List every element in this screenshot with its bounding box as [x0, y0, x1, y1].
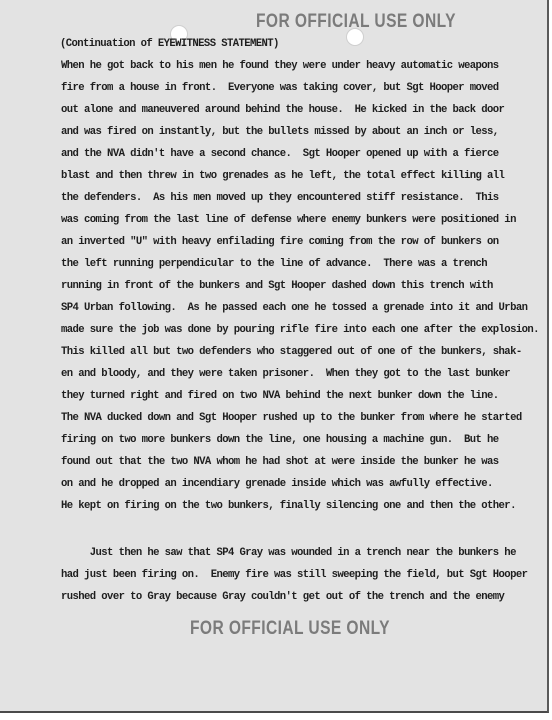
- text-line: fire from a house in front. Everyone was…: [61, 82, 499, 94]
- text-line: firing on two more bunkers down the line…: [61, 434, 499, 446]
- text-line: the left running perpendicular to the li…: [61, 258, 487, 270]
- text-line: and was fired on instantly, but the bull…: [61, 126, 499, 138]
- classification-stamp-bottom: FOR OFFICIAL USE ONLY: [190, 618, 390, 640]
- document-page: FOR OFFICIAL USE ONLY (Continuation of E…: [0, 0, 549, 713]
- text-line: running in front of the bunkers and Sgt …: [61, 280, 493, 292]
- text-line: rushed over to Gray because Gray couldn'…: [61, 591, 504, 603]
- text-line: the defenders. As his men moved up they …: [61, 192, 499, 204]
- text-line: This killed all but two defenders who st…: [61, 346, 522, 358]
- text-line: and the NVA didn't have a second chance.…: [61, 148, 499, 160]
- text-line: was coming from the last line of defense…: [61, 214, 516, 226]
- text-line: found out that the two NVA whom he had s…: [61, 456, 499, 468]
- text-line: made sure the job was done by pouring ri…: [61, 324, 539, 336]
- text-line: The NVA ducked down and Sgt Hooper rushe…: [61, 412, 522, 424]
- text-line: Just then he saw that SP4 Gray was wound…: [61, 547, 516, 559]
- text-line: en and bloody, and they were taken priso…: [61, 368, 510, 380]
- text-line: When he got back to his men he found the…: [61, 60, 499, 72]
- text-line: an inverted "U" with heavy enfilading fi…: [61, 236, 499, 248]
- text-line: blast and then threw in two grenades as …: [61, 170, 504, 182]
- text-line: they turned right and fired on two NVA b…: [61, 390, 499, 402]
- text-line: SP4 Urban following. As he passed each o…: [61, 302, 527, 314]
- text-line: had just been firing on. Enemy fire was …: [61, 569, 527, 581]
- text-line: He kept on firing on the two bunkers, fi…: [61, 500, 516, 512]
- text-line: out alone and maneuvered around behind t…: [61, 104, 504, 116]
- text-line: on and he dropped an incendiary grenade …: [61, 478, 493, 490]
- classification-stamp-top: FOR OFFICIAL USE ONLY: [256, 11, 456, 33]
- document-heading: (Continuation of EYEWITNESS STATEMENT): [60, 38, 279, 50]
